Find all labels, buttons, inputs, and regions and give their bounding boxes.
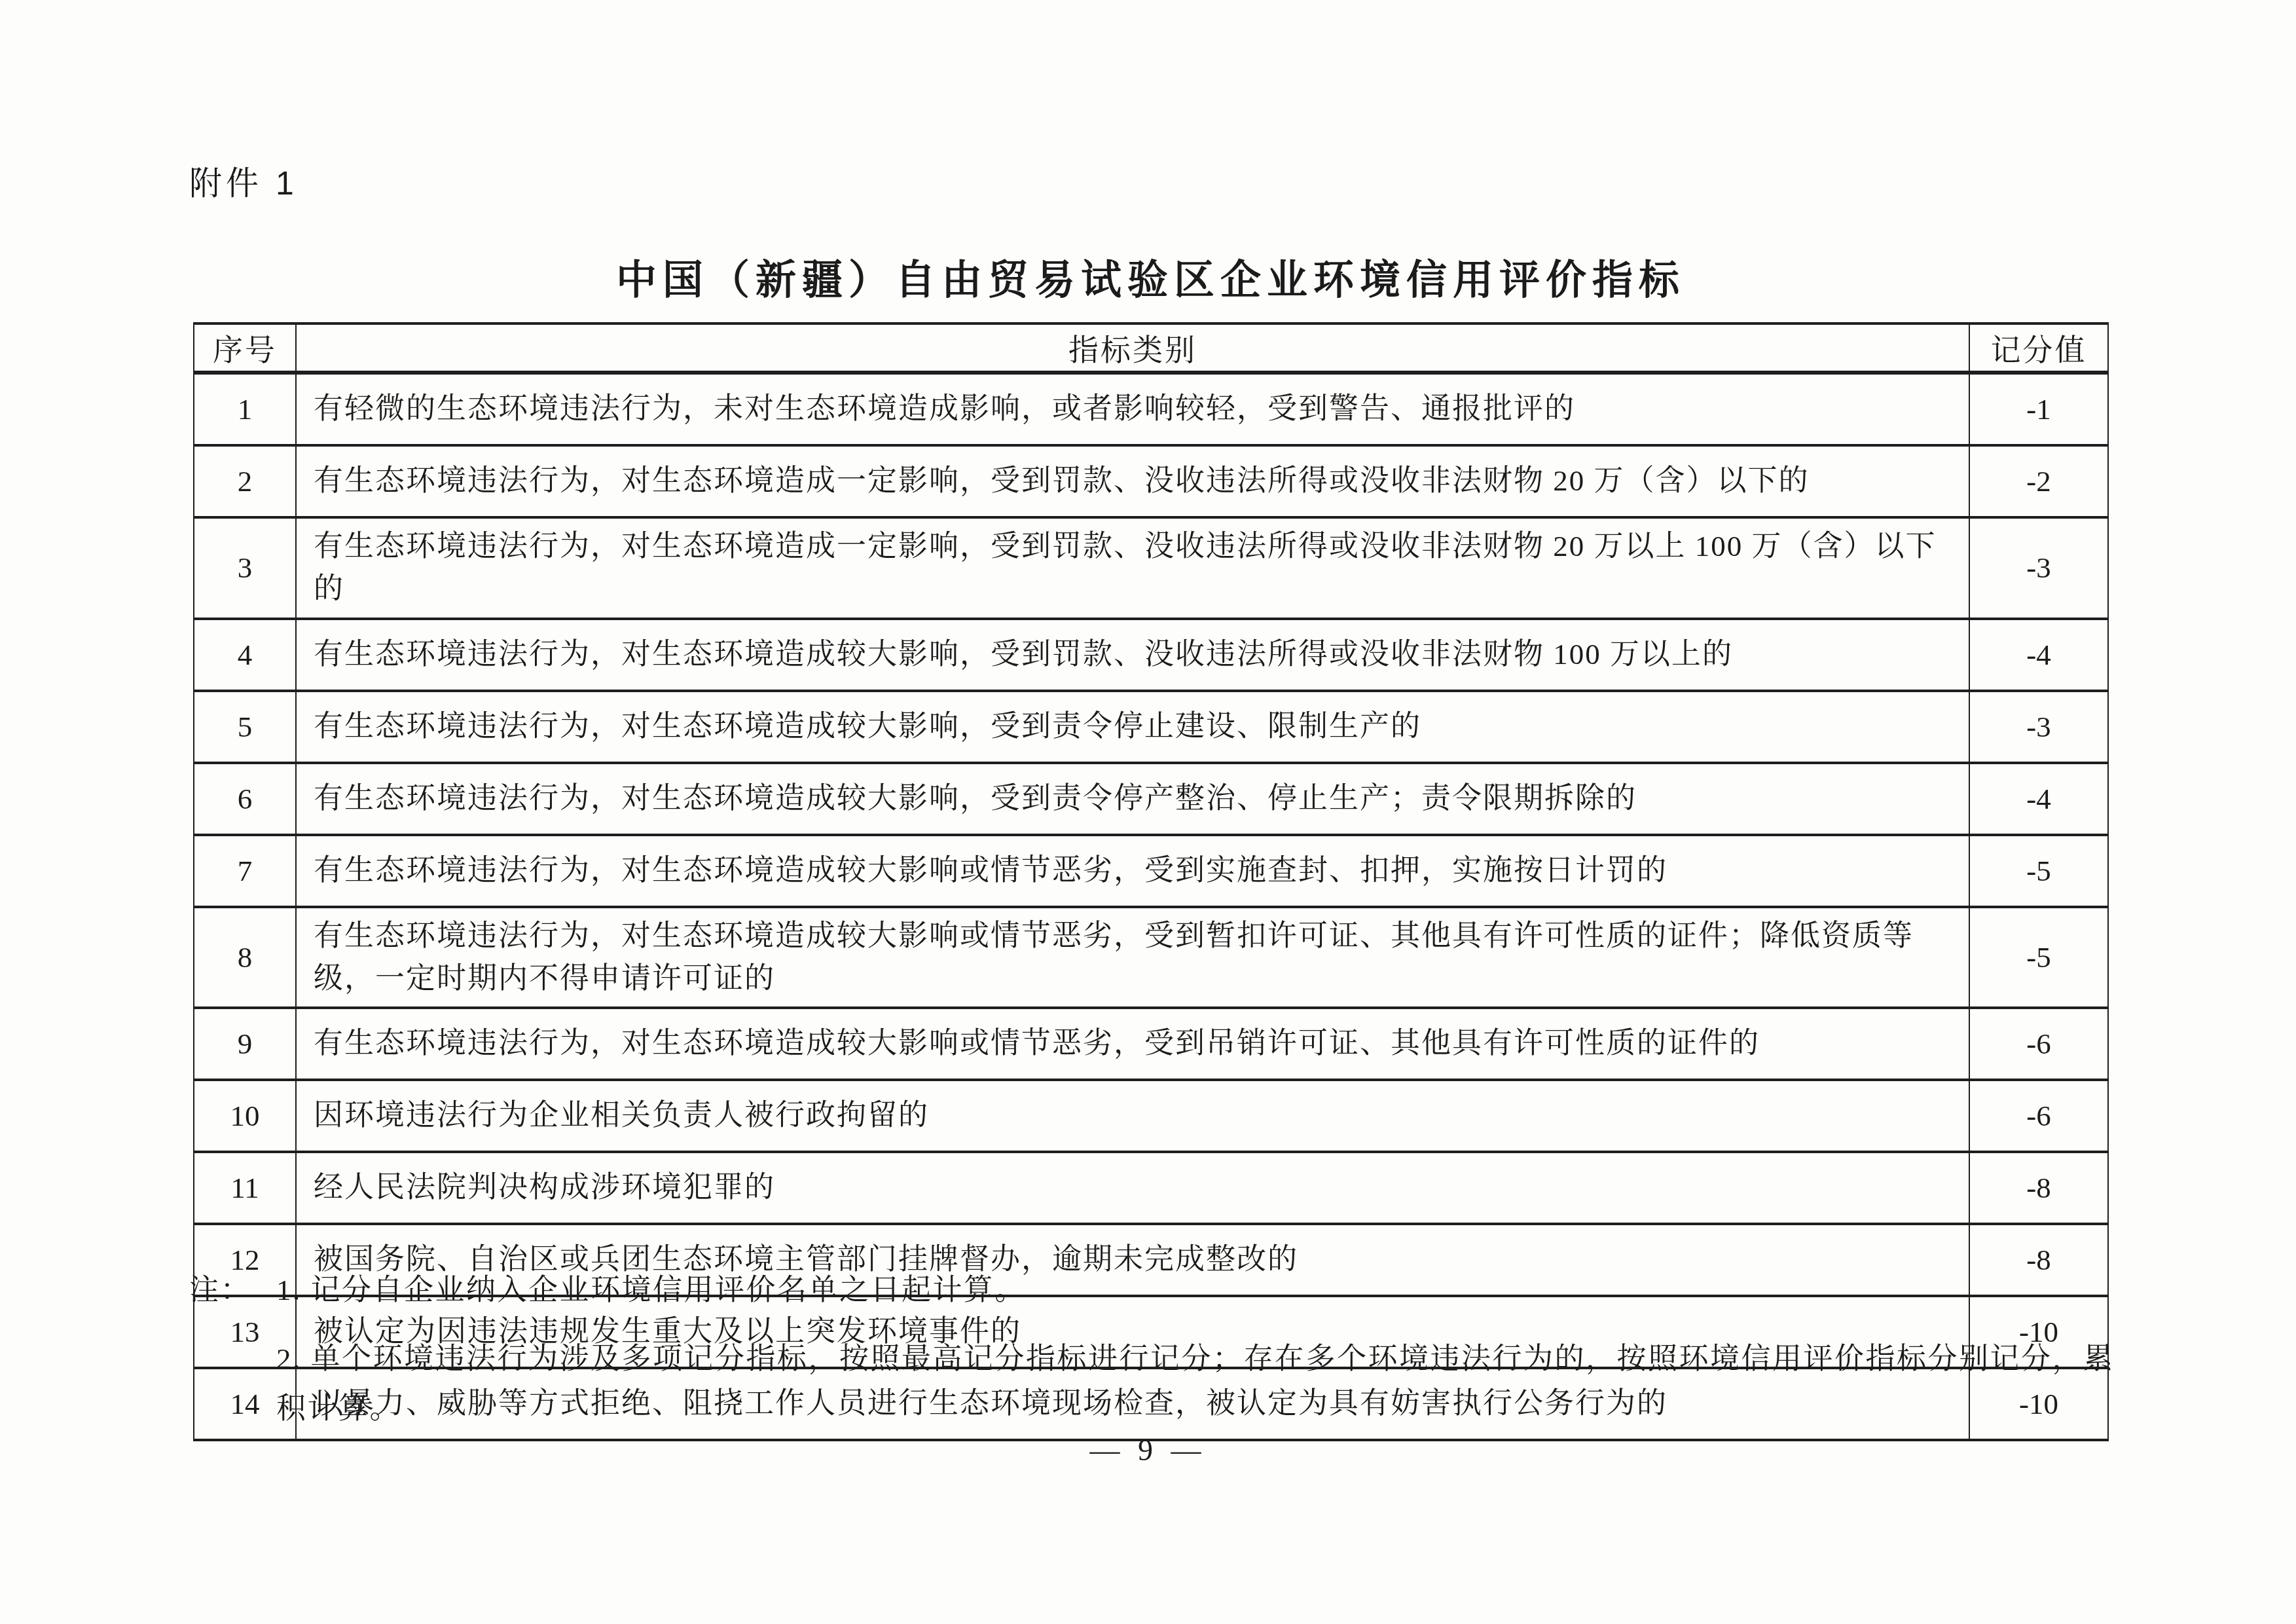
col-header-no: 序号 (194, 323, 296, 373)
cell-no: 7 (194, 835, 296, 907)
cell-score: -2 (1969, 445, 2108, 517)
cell-no: 10 (194, 1080, 296, 1152)
cell-score: -3 (1969, 691, 2108, 763)
cell-category: 有生态环境违法行为，对生态环境造成较大影响，受到责令停止建设、限制生产的 (296, 691, 1969, 763)
table-row: 3有生态环境违法行为，对生态环境造成一定影响，受到罚款、没收违法所得或没收非法财… (194, 517, 2108, 619)
table-row: 11经人民法院判决构成涉环境犯罪的-8 (194, 1152, 2108, 1224)
table-row: 2有生态环境违法行为，对生态环境造成一定影响，受到罚款、没收违法所得或没收非法财… (194, 445, 2108, 517)
table-row: 4有生态环境违法行为，对生态环境造成较大影响，受到罚款、没收违法所得或没收非法财… (194, 619, 2108, 691)
cell-score: -1 (1969, 373, 2108, 445)
note-item: 2. 单个环境违法行为涉及多项记分指标，按照最高记分指标进行记分；存在多个环境违… (276, 1334, 2122, 1434)
cell-no: 6 (194, 763, 296, 835)
cell-score: -8 (1969, 1152, 2108, 1224)
notes-prefix: 注： (189, 1265, 276, 1316)
cell-category: 有生态环境违法行为，对生态环境造成较大影响或情节恶劣，受到实施查封、扣押，实施按… (296, 835, 1969, 907)
cell-no: 5 (194, 691, 296, 763)
attachment-label: 附件 1 (189, 157, 298, 204)
cell-no: 9 (194, 1008, 296, 1080)
cell-category: 有生态环境违法行为，对生态环境造成一定影响，受到罚款、没收违法所得或没收非法财物… (296, 445, 1969, 517)
cell-category: 有生态环境违法行为，对生态环境造成较大影响，受到责令停产整治、停止生产；责令限期… (296, 763, 1969, 835)
col-header-score: 记分值 (1969, 323, 2108, 373)
table-header-row: 序号 指标类别 记分值 (194, 323, 2108, 373)
cell-category: 有生态环境违法行为，对生态环境造成较大影响或情节恶劣，受到暂扣许可证、其他具有许… (296, 907, 1969, 1008)
cell-no: 1 (194, 373, 296, 445)
col-header-category: 指标类别 (296, 323, 1969, 373)
table-row: 5有生态环境违法行为，对生态环境造成较大影响，受到责令停止建设、限制生产的-3 (194, 691, 2108, 763)
table-row: 7有生态环境违法行为，对生态环境造成较大影响或情节恶劣，受到实施查封、扣押，实施… (194, 835, 2108, 907)
table-row: 1有轻微的生态环境违法行为，未对生态环境造成影响，或者影响较轻，受到警告、通报批… (194, 373, 2108, 445)
cell-no: 11 (194, 1152, 296, 1224)
cell-score: -5 (1969, 835, 2108, 907)
cell-category: 有轻微的生态环境违法行为，未对生态环境造成影响，或者影响较轻，受到警告、通报批评… (296, 373, 1969, 445)
cell-category: 因环境违法行为企业相关负责人被行政拘留的 (296, 1080, 1969, 1152)
cell-category: 有生态环境违法行为，对生态环境造成较大影响，受到罚款、没收违法所得或没收非法财物… (296, 619, 1969, 691)
cell-category: 有生态环境违法行为，对生态环境造成较大影响或情节恶劣，受到吊销许可证、其他具有许… (296, 1008, 1969, 1080)
cell-score: -6 (1969, 1080, 2108, 1152)
cell-category: 有生态环境违法行为，对生态环境造成一定影响，受到罚款、没收违法所得或没收非法财物… (296, 517, 1969, 619)
table-row: 9有生态环境违法行为，对生态环境造成较大影响或情节恶劣，受到吊销许可证、其他具有… (194, 1008, 2108, 1080)
notes-section: 注： 1. 记分自企业纳入企业环境信用评价名单之日起计算。 2. 单个环境违法行… (189, 1265, 2122, 1434)
cell-score: -3 (1969, 517, 2108, 619)
table-row: 10因环境违法行为企业相关负责人被行政拘留的-6 (194, 1080, 2108, 1152)
document-page: 附件 1 中国（新疆）自由贸易试验区企业环境信用评价指标 序号 指标类别 记分值… (0, 0, 2296, 1624)
note-line: 注： 1. 记分自企业纳入企业环境信用评价名单之日起计算。 (189, 1265, 2122, 1316)
cell-category: 经人民法院判决构成涉环境犯罪的 (296, 1152, 1969, 1224)
note-item: 1. 记分自企业纳入企业环境信用评价名单之日起计算。 (276, 1265, 1026, 1316)
cell-score: -6 (1969, 1008, 2108, 1080)
table-row: 6有生态环境违法行为，对生态环境造成较大影响，受到责令停产整治、停止生产；责令限… (194, 763, 2108, 835)
page-title: 中国（新疆）自由贸易试验区企业环境信用评价指标 (193, 248, 2108, 306)
cell-no: 3 (194, 517, 296, 619)
cell-no: 2 (194, 445, 296, 517)
cell-score: -5 (1969, 907, 2108, 1008)
cell-score: -4 (1969, 619, 2108, 691)
cell-no: 8 (194, 907, 296, 1008)
cell-no: 4 (194, 619, 296, 691)
cell-score: -4 (1969, 763, 2108, 835)
table-row: 8有生态环境违法行为，对生态环境造成较大影响或情节恶劣，受到暂扣许可证、其他具有… (194, 907, 2108, 1008)
page-number: — 9 — (0, 1433, 2296, 1467)
